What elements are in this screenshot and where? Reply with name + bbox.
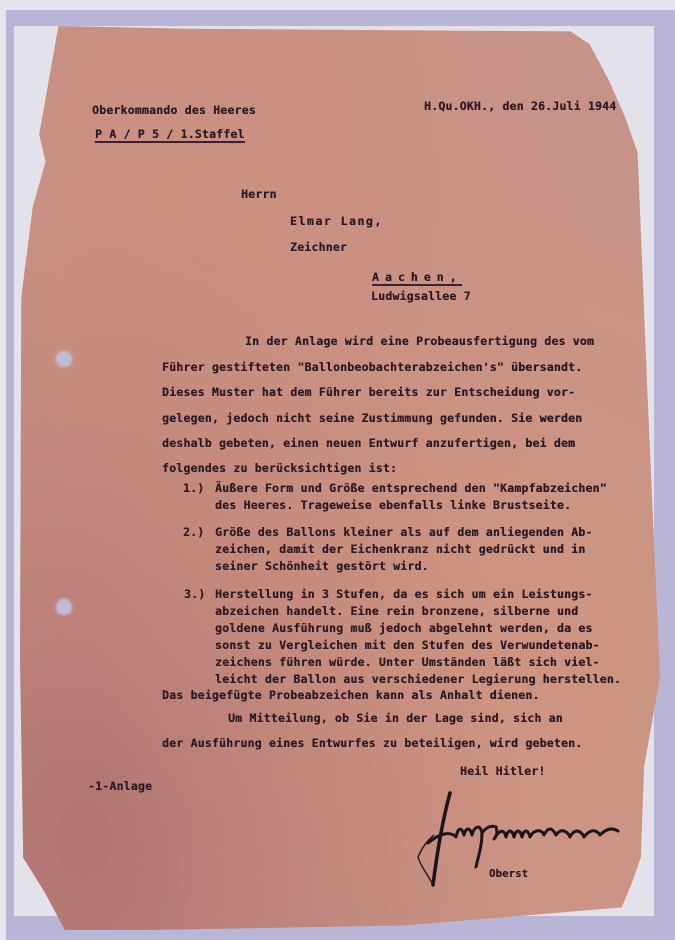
- enclosure-note: -1-Anlage: [88, 779, 152, 793]
- body-line: folgendes zu berücksichtigen ist:: [162, 461, 397, 475]
- signature-title: Oberst: [489, 868, 528, 880]
- recipient-name: Elmar Lang,: [290, 214, 383, 228]
- signature-icon: [400, 785, 660, 895]
- place-date: H.Qu.OKH., den 26.Juli 1944: [424, 99, 616, 113]
- point-line: goldene Ausführung muß jedoch abgelehnt …: [215, 621, 593, 635]
- point-line: Äußere Form und Größe entsprechend den "…: [215, 481, 607, 495]
- point-line: des Heeres. Trageweise ebenfalls linke B…: [215, 498, 571, 512]
- point-line: zeichens führen würde. Unter Umständen l…: [215, 655, 600, 669]
- body-line: deshalb gebeten, einen neuen Entwurf anz…: [162, 436, 575, 450]
- point-line: Herstellung in 3 Stufen, da es sich um e…: [215, 587, 593, 601]
- salutation: Herrn: [241, 187, 277, 201]
- punch-hole-icon: [57, 600, 71, 614]
- sender-line: Oberkommando des Heeres: [92, 103, 256, 117]
- point-number: 3.): [184, 587, 205, 601]
- punch-hole-icon: [57, 352, 71, 366]
- point-line: abzeichen handelt. Eine rein bronzene, s…: [215, 604, 578, 618]
- point-line: seiner Schönheit gestört wird.: [215, 559, 429, 573]
- point-number: 2.): [183, 525, 204, 539]
- reference-line: P A / P 5 / 1.Staffel: [95, 127, 245, 143]
- point-line: zeichen, damit der Eichenkranz nicht ged…: [215, 542, 585, 556]
- point-line: leicht der Ballon aus verschiedener Legi…: [215, 672, 621, 686]
- point-number: 1.): [183, 481, 204, 495]
- recipient-city: Aachen,: [372, 270, 462, 286]
- closing-line: Um Mitteilung, ob Sie in der Lage sind, …: [228, 711, 563, 725]
- point-line: sonst zu Vergleichen mit den Stufen des …: [215, 638, 600, 652]
- point-line: Größe des Ballons kleiner als auf dem an…: [215, 525, 593, 539]
- body-line: Dieses Muster hat dem Führer bereits zur…: [162, 385, 575, 399]
- body-line: Führer gestifteten "Ballonbeobachterabze…: [162, 360, 582, 374]
- recipient-street: Ludwigsallee 7: [371, 289, 471, 303]
- body-line: In der Anlage wird eine Probeausfertigun…: [245, 334, 594, 348]
- closing-line: Das beigefügte Probeabzeichen kann als A…: [162, 688, 540, 702]
- body-line: gelegen, jedoch nicht seine Zustimmung g…: [162, 411, 582, 425]
- recipient-profession: Zeichner: [290, 240, 347, 254]
- greeting: Heil Hitler!: [460, 764, 545, 778]
- closing-line: der Ausführung eines Entwurfes zu beteil…: [162, 736, 582, 750]
